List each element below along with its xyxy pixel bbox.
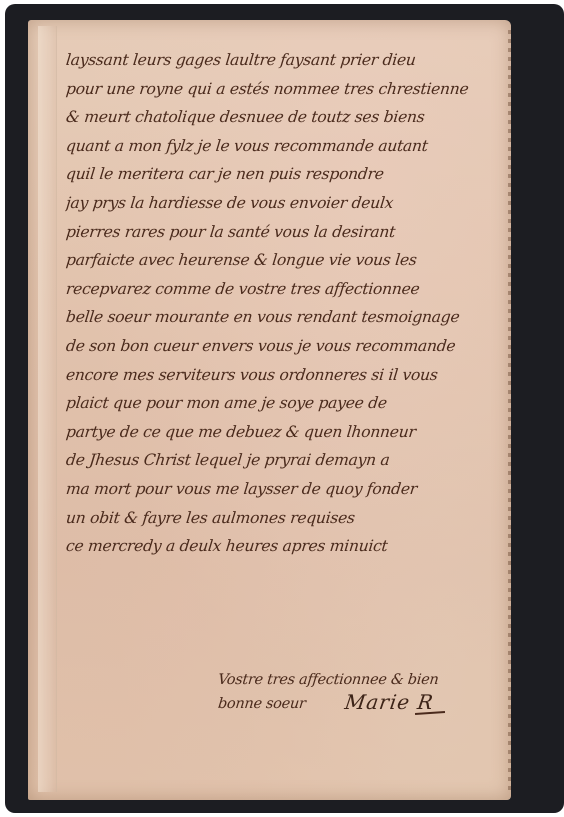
- closing-line: Vostre tres affectionnee & bien: [217, 668, 520, 692]
- letter-line: quant a mon fylz je le vous recommande a…: [64, 132, 507, 161]
- letter-line: ma mort pour vous me laysser de quoy fon…: [64, 475, 507, 504]
- letter-line: partye de ce que me debuez & quen lhonne…: [64, 418, 507, 447]
- letter-line: de Jhesus Christ lequel je pryrai demayn…: [64, 446, 507, 475]
- signature: Marie R: [343, 690, 435, 714]
- letter-line: un obit & fayre les aulmones requises: [64, 504, 507, 533]
- letter-line: plaict que pour mon ame je soye payee de: [64, 389, 507, 418]
- letter-line: belle soeur mourante en vous rendant tes…: [64, 303, 507, 332]
- letter-line: pierres rares pour la santé vous la desi…: [64, 218, 507, 247]
- letter-body: layssant leurs gages laultre faysant pri…: [66, 46, 506, 561]
- letter-line: ce mercredy a deulx heures apres minuict: [64, 532, 507, 561]
- letter-line: recepvarez comme de vostre tres affectio…: [64, 275, 507, 304]
- letter-line: de son bon cueur envers vous je vous rec…: [64, 332, 507, 361]
- letter-line: jay prys la hardiesse de vous envoier de…: [64, 189, 507, 218]
- letter-line: parfaicte avec heurense & longue vie vou…: [64, 246, 507, 275]
- letter-line: encore mes serviteurs vous ordonneres si…: [64, 361, 507, 390]
- letter-line: layssant leurs gages laultre faysant pri…: [64, 46, 507, 75]
- image-frame: layssant leurs gages laultre faysant pri…: [5, 4, 564, 813]
- letter-line: & meurt chatolique desnuee de toutz ses …: [64, 103, 507, 132]
- letter-line: quil le meritera car je nen puis respond…: [64, 160, 507, 189]
- letter-line: pour une royne qui a estés nommee tres c…: [64, 75, 507, 104]
- parchment-letter: layssant leurs gages laultre faysant pri…: [28, 20, 511, 800]
